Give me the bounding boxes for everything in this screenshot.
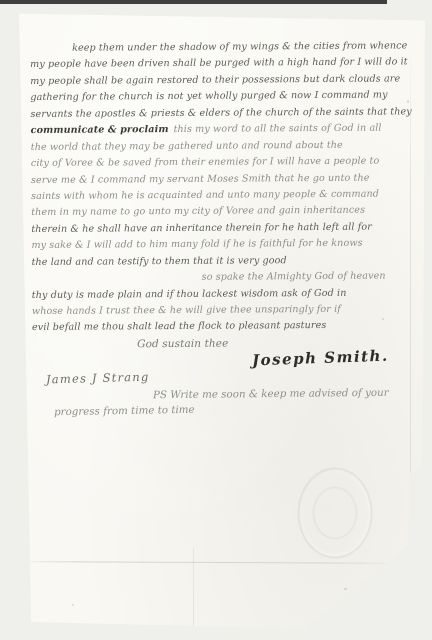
paper-speck <box>407 100 409 103</box>
paper-speck <box>382 318 384 320</box>
addressee-name: James J Strang <box>46 370 150 387</box>
postscript-line: PS Write me soon & keep me advised of yo… <box>153 387 389 401</box>
postscript-line: progress from time to time <box>54 404 195 418</box>
paper-speck <box>344 588 347 590</box>
letter-line: communicate & proclaimthis my word to al… <box>31 120 427 139</box>
letter-paper: keep them under the shadow of my wings &… <box>12 8 430 632</box>
paper-speck <box>72 604 74 606</box>
letter-body: keep them under the shadow of my wings &… <box>30 38 428 353</box>
scanned-letter-page: keep them under the shadow of my wings &… <box>0 0 432 640</box>
letter-line: therein & he shall have an inheritance t… <box>31 219 427 238</box>
letter-line-emphasis: communicate & proclaim <box>31 124 169 136</box>
signature: Joseph Smith. <box>252 347 389 370</box>
letter-line: city of Voree & be saved from their enem… <box>31 153 427 172</box>
vertical-fold-crease <box>410 38 411 558</box>
letter-line: saints with whom he is acquainted and un… <box>31 186 427 205</box>
vertical-fold-crease <box>193 548 194 632</box>
scan-edge-strip <box>0 0 387 4</box>
letter-line-continuation: this my word to all the saints of God in… <box>174 123 382 135</box>
letter-line: so spake the Almighty God of heaven <box>32 268 428 287</box>
embossed-seal <box>298 468 372 558</box>
horizontal-fold-crease <box>12 561 430 564</box>
